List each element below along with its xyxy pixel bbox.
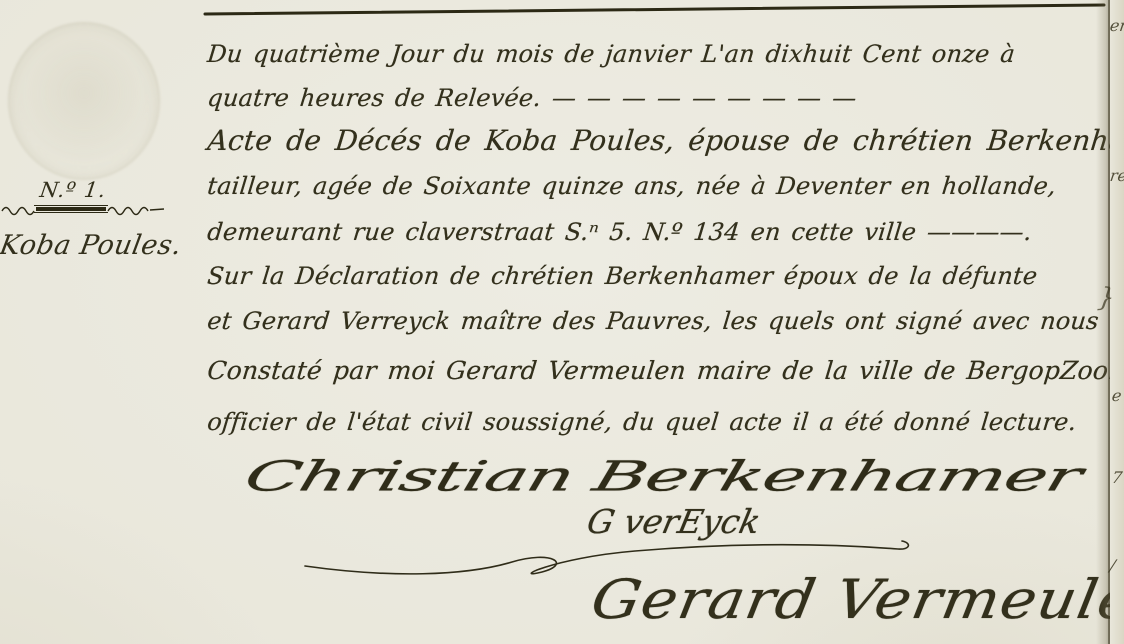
page-fold-line — [1108, 0, 1110, 644]
body-line: demeurant rue claverstraat S.ⁿ 5. N.º 13… — [206, 218, 1114, 246]
edge-text-fragment: re — [1109, 166, 1124, 185]
margin-deceased-name: Koba Poules. — [0, 230, 184, 261]
manuscript-scan: N.º 1. Koba Poules. Du quatrième Jour du… — [0, 0, 1124, 644]
signature-christian-berkenhamer: Christian Berkenhamer — [240, 452, 1086, 501]
body-line: Sur la Déclaration de chrétien Berkenham… — [206, 262, 1114, 290]
embossed-seal — [8, 22, 160, 180]
signature-gerard-vermeulen: Gerard Vermeulen — [587, 568, 1124, 631]
body-line: officier de l'état civil soussigné, du q… — [206, 408, 1114, 436]
margin-act-number: N.º 1. — [38, 178, 108, 202]
body-line: tailleur, agée de Soixante quinze ans, n… — [206, 172, 1114, 200]
body-line: Du quatrième Jour du mois de janvier L'a… — [206, 40, 1114, 68]
body-line: Acte de Décés de Koba Poules, épouse de … — [206, 124, 1114, 157]
margin-squiggle-rule — [0, 202, 175, 218]
edge-text-fragment: er — [1109, 16, 1124, 35]
body-line: et Gerard Verreyck maître des Pauvres, l… — [206, 307, 1114, 335]
top-rule — [0, 0, 1124, 22]
body-line: Constaté par moi Gerard Vermeulen maire … — [206, 356, 1114, 385]
body-line: quatre heures de Relevée. — — — — — — — … — [206, 84, 1114, 112]
facing-page-edge — [1110, 0, 1124, 644]
